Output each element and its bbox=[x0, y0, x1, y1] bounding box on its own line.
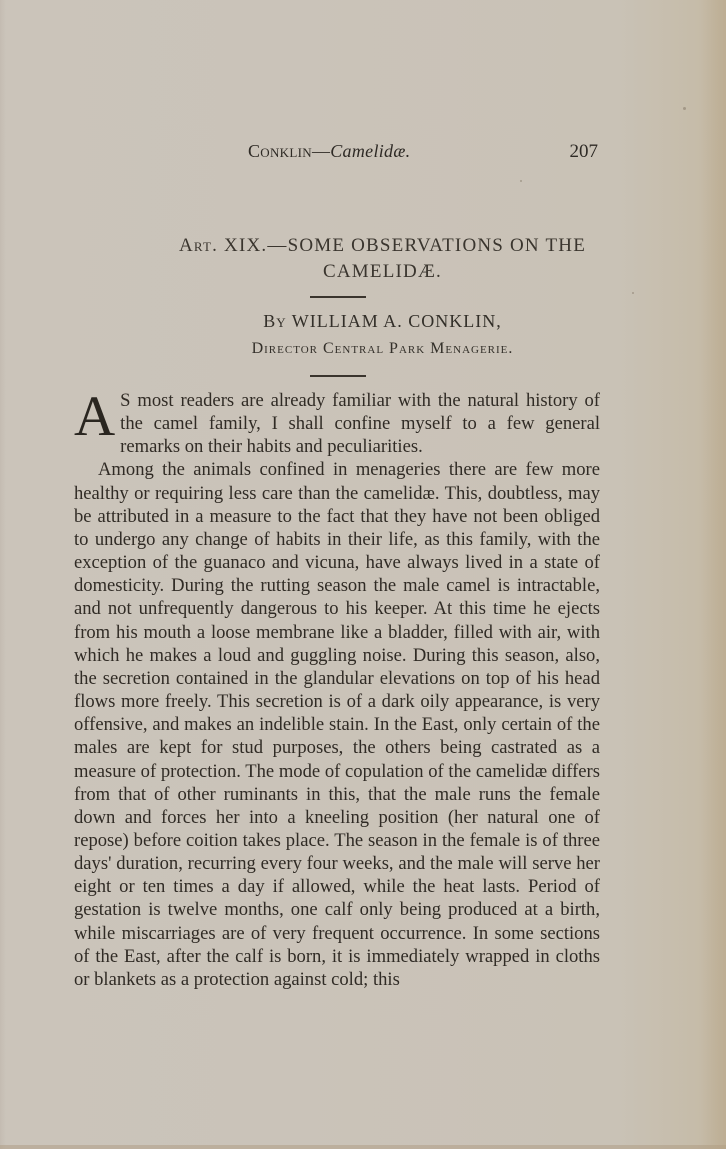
running-head-title: Conklin—Camelidæ. bbox=[248, 141, 410, 162]
byline-prefix: By bbox=[263, 311, 286, 331]
article-title: Art. XIX.—SOME OBSERVATIONS ON THE CAMEL… bbox=[110, 233, 655, 285]
drop-cap: A bbox=[74, 395, 115, 439]
divider-rule bbox=[310, 375, 366, 377]
divider-rule bbox=[310, 296, 366, 298]
running-head-dash: — bbox=[312, 141, 330, 161]
article-body: AS most readers are already familiar wit… bbox=[74, 389, 600, 991]
article-title-line-1: Art. XIX.—SOME OBSERVATIONS ON THE bbox=[110, 233, 655, 259]
paper-speck bbox=[632, 292, 634, 294]
paragraph-text: S most readers are already familiar with… bbox=[120, 390, 600, 457]
paragraph: Among the animals confined in menageries… bbox=[74, 458, 600, 991]
author-affiliation: Director Central Park Menagerie. bbox=[110, 340, 655, 358]
running-head: Conklin—Camelidæ. 207 bbox=[248, 141, 598, 165]
page-number: 207 bbox=[570, 141, 599, 163]
article-title-text-1: XIX.—SOME OBSERVATIONS ON THE bbox=[218, 235, 586, 256]
author-name: WILLIAM A. CONKLIN, bbox=[287, 311, 502, 331]
book-page: Conklin—Camelidæ. 207 Art. XIX.—SOME OBS… bbox=[0, 0, 726, 1149]
paper-speck bbox=[683, 107, 686, 110]
running-head-author: Conklin bbox=[248, 141, 312, 161]
byline: By WILLIAM A. CONKLIN, bbox=[110, 311, 655, 332]
article-label: Art. bbox=[179, 235, 218, 256]
paragraph: AS most readers are already familiar wit… bbox=[74, 389, 600, 458]
article-title-line-2: CAMELIDÆ. bbox=[110, 259, 655, 285]
paper-speck bbox=[520, 180, 522, 182]
running-head-subject: Camelidæ. bbox=[330, 141, 410, 161]
